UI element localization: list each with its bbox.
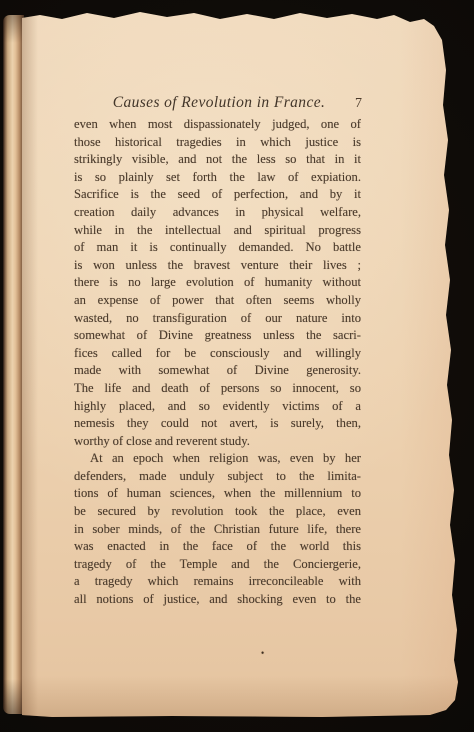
text-line: tions of human sciences, when the millen…	[74, 485, 361, 503]
text-line: somewhat of Divine greatness unless the …	[74, 327, 361, 345]
text-line: wasted, no transfiguration of our nature…	[74, 310, 361, 328]
text-line: while in the intellectual and spiritual …	[74, 222, 361, 240]
text-line: a tragedy which remains irreconcileable …	[74, 573, 361, 591]
text-line: fices called for be consciously and will…	[74, 345, 361, 363]
text-line: is won unless the bravest venture their …	[74, 257, 361, 275]
page-header: Causes of Revolution in France. 7	[74, 94, 364, 114]
book-page-edges	[3, 15, 24, 714]
text-line: At an epoch when religion was, even by h…	[74, 450, 361, 468]
text-line: is so plainly set forth the law of expia…	[74, 169, 361, 187]
text-line: made with somewhat of Divine generosity.	[74, 362, 361, 380]
text-line: The life and death of persons so innocen…	[74, 380, 361, 398]
text-line: Sacrifice is the seed of perfection, and…	[74, 186, 361, 204]
book-page: Causes of Revolution in France. 7 even w…	[22, 10, 462, 718]
text-line: in sober minds, of the Christian future …	[74, 521, 361, 539]
page-body: even when most dispassionately judged, o…	[74, 116, 361, 609]
text-line: even when most dispassionately judged, o…	[74, 116, 361, 134]
text-line: strikingly visible, and not the less so …	[74, 151, 361, 169]
text-line: of man it is continually demanded. No ba…	[74, 239, 361, 257]
text-line: be secured by revolution took the place,…	[74, 503, 361, 521]
text-line: an expense of power that often seems who…	[74, 292, 361, 310]
text-line: creation daily advances in physical welf…	[74, 204, 361, 222]
text-line: all notions of justice, and shocking eve…	[74, 591, 361, 609]
page-number: 7	[355, 96, 362, 112]
text-line: tragedy of the Temple and the Concierger…	[74, 556, 361, 574]
text-line: was enacted in the face of the world thi…	[74, 538, 361, 556]
ink-speck: •	[261, 650, 267, 656]
text-line: worthy of close and reverent study.	[74, 433, 361, 451]
text-line: those historical tragedies in which just…	[74, 134, 361, 152]
text-line: highly placed, and so evidently victims …	[74, 398, 361, 416]
text-line: there is no large evolution of humanity …	[74, 274, 361, 292]
text-line: nemesis they could not avert, is surely,…	[74, 415, 361, 433]
text-line: defenders, made unduly subject to the li…	[74, 468, 361, 486]
running-title: Causes of Revolution in France.	[113, 94, 326, 111]
photo-backdrop: Causes of Revolution in France. 7 even w…	[0, 0, 474, 732]
